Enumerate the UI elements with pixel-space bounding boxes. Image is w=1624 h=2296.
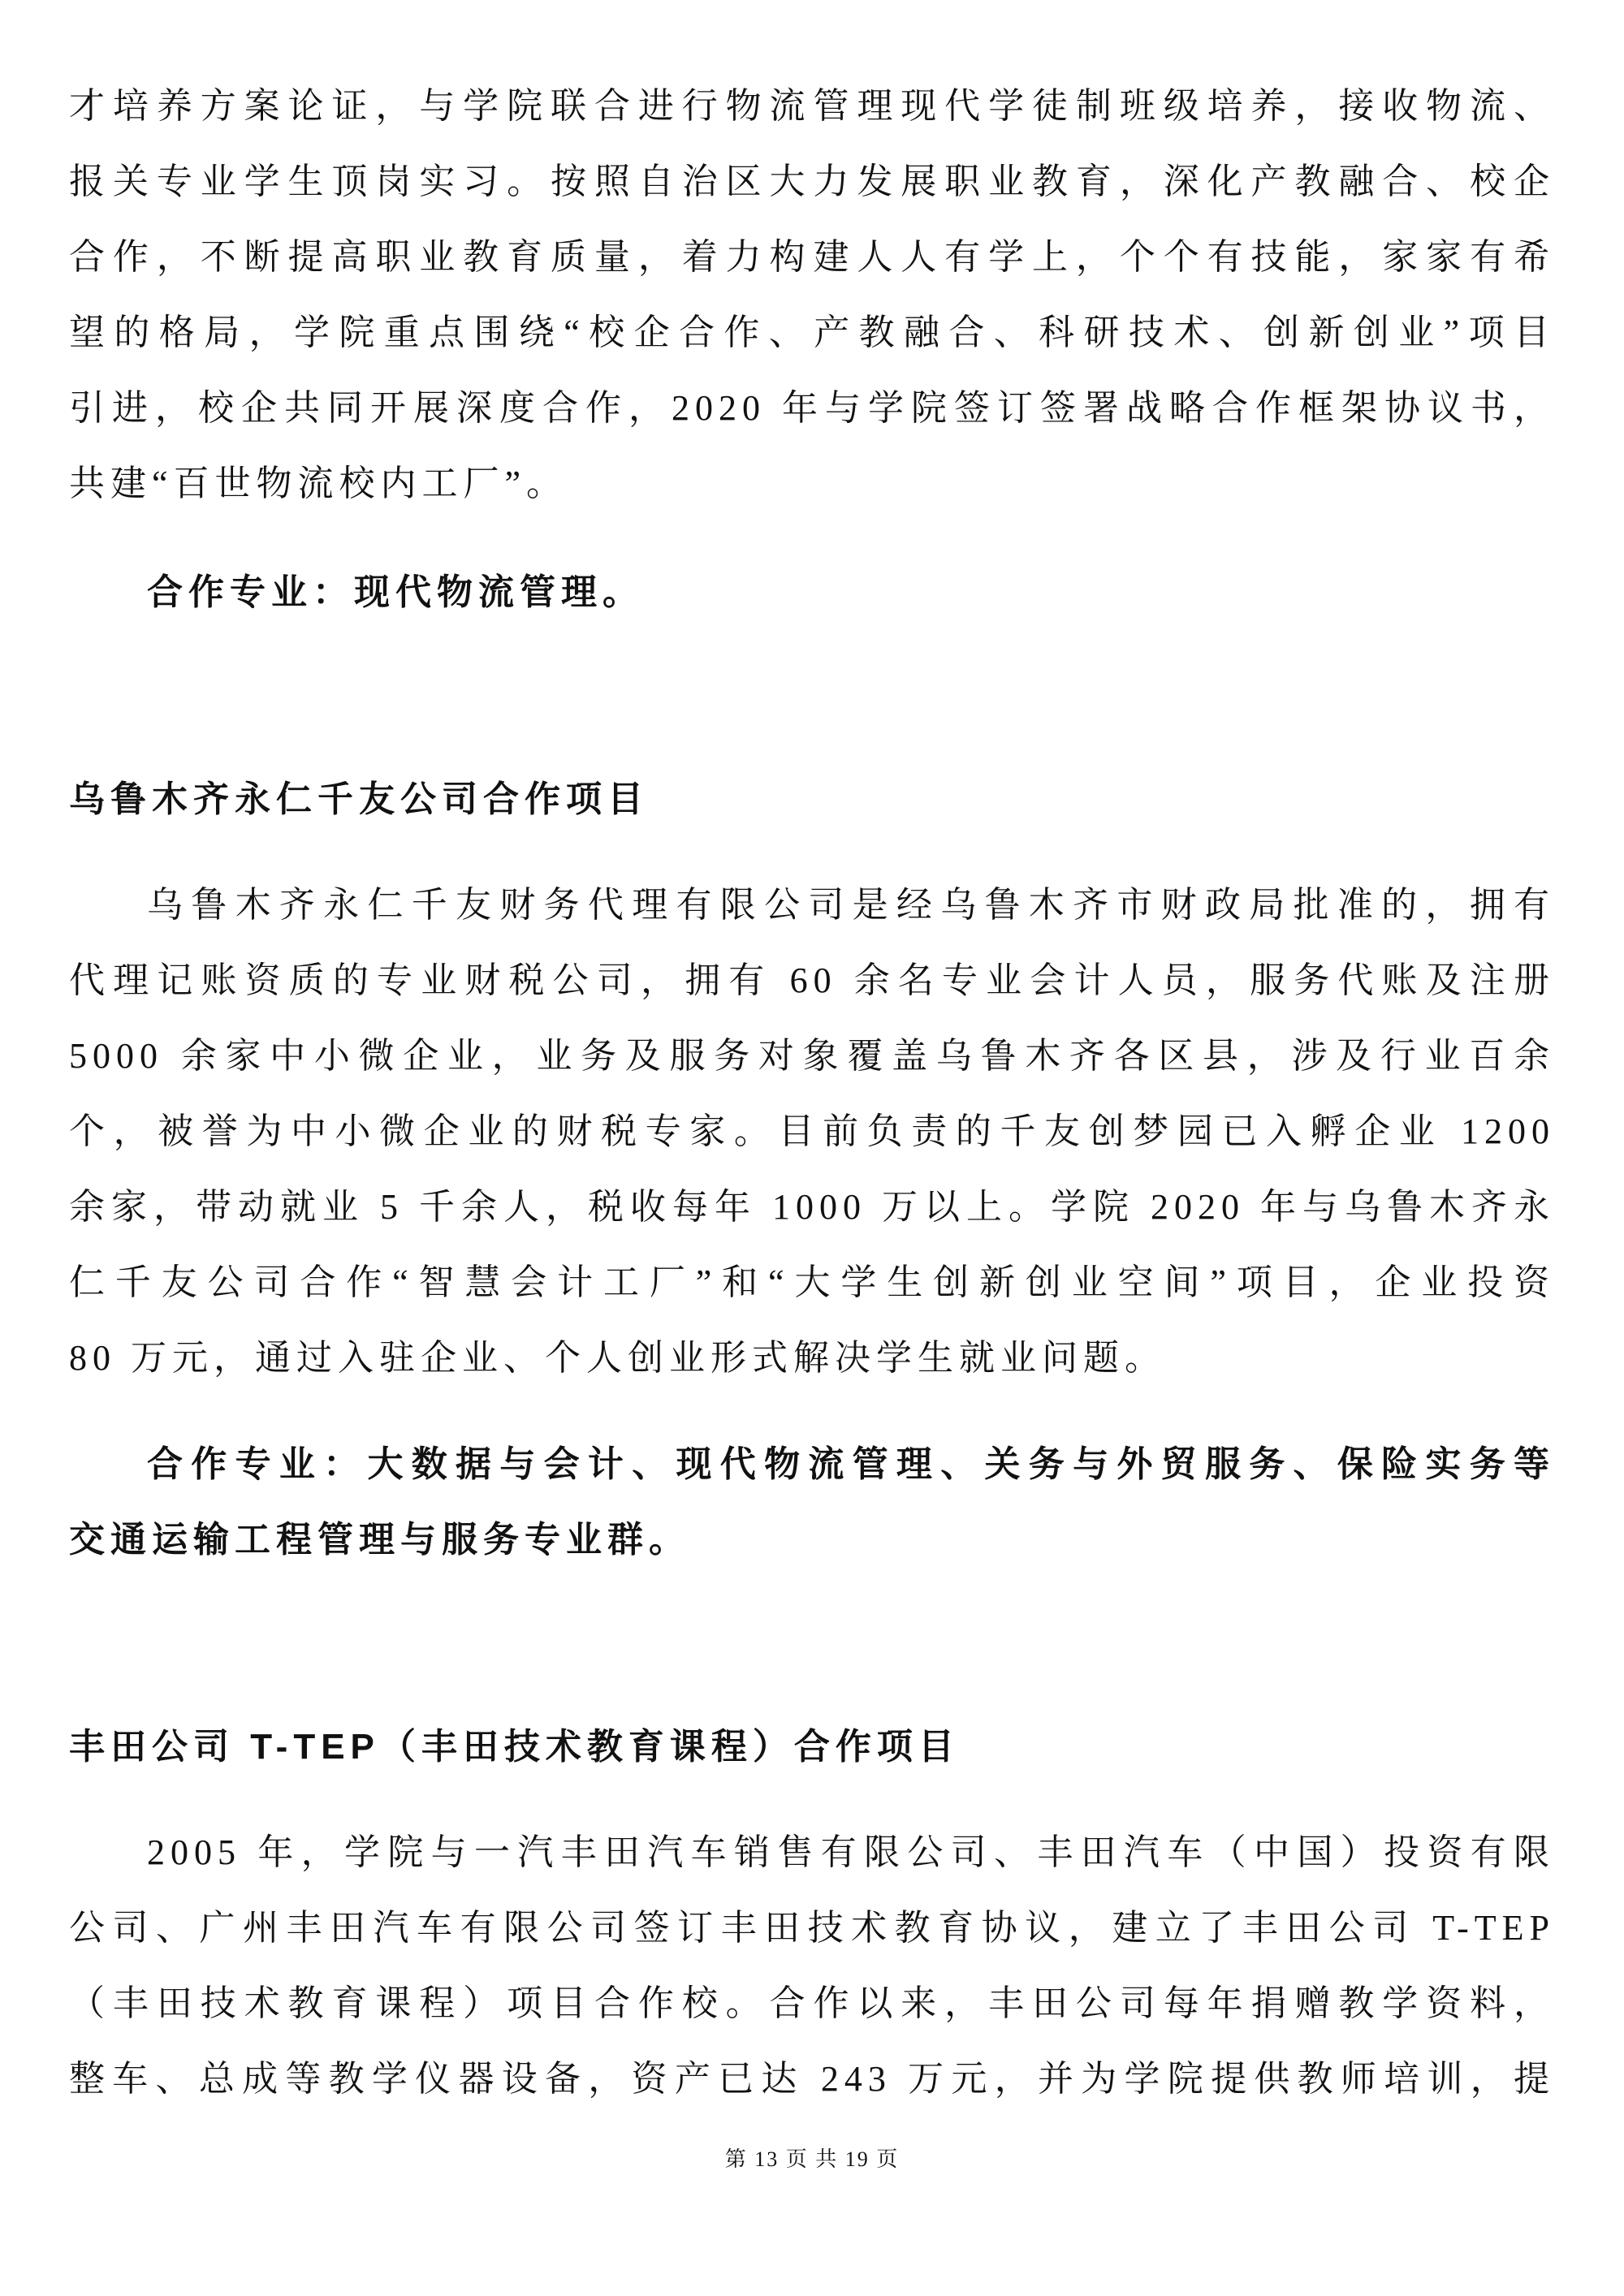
paragraph-3: 2005 年，学院与一汽丰田汽车销售有限公司、丰田汽车（中国）投资有限 公司、广… xyxy=(69,1815,1555,2117)
text-line: 共建“百世物流校内工厂”。 xyxy=(69,446,1555,521)
section-heading-toyota-ttep: 丰田公司 T-TEP（丰田技术教育课程）合作项目 xyxy=(69,1709,1555,1785)
text-line: 报关专业学生顶岗实习。按照自治区大力发展职业教育，深化产教融合、校企 xyxy=(69,144,1555,219)
text-line: 引进，校企共同开展深度合作，2020 年与学院签订签署战略合作框架协议书， xyxy=(69,370,1555,446)
document-page: 才培养方案论证，与学院联合进行物流管理现代学徒制班级培养，接收物流、 报关专业学… xyxy=(0,0,1624,2296)
text-line: 合作专业：现代物流管理。 xyxy=(69,555,1555,630)
page-number-footer: 第 13 页 共 19 页 xyxy=(0,2143,1624,2176)
text-line: 仁千友公司合作“智慧会计工厂”和“大学生创新创业空间”项目，企业投资 xyxy=(69,1245,1555,1320)
section-heading-yongren-qianyou: 乌鲁木齐永仁千友公司合作项目 xyxy=(69,762,1555,837)
text-line: 合作专业：大数据与会计、现代物流管理、关务与外贸服务、保险实务等 xyxy=(69,1426,1555,1502)
text-line: 公司、广州丰田汽车有限公司签订丰田技术教育协议，建立了丰田公司 T-TEP xyxy=(69,1890,1555,1966)
text-line: 合作，不断提高职业教育质量，着力构建人人有学上，个个有技能，家家有希 xyxy=(69,219,1555,295)
text-line: 交通运输工程管理与服务专业群。 xyxy=(69,1502,1555,1577)
text-line: 80 万元，通过入驻企业、个人创业形式解决学生就业问题。 xyxy=(69,1320,1555,1396)
text-line: 代理记账资质的专业财税公司，拥有 60 余名专业会计人员，服务代账及注册 xyxy=(69,943,1555,1018)
highlight-majors-2: 合作专业：大数据与会计、现代物流管理、关务与外贸服务、保险实务等 交通运输工程管… xyxy=(69,1426,1555,1577)
paragraph-2: 乌鲁木齐永仁千友财务代理有限公司是经乌鲁木齐市财政局批准的，拥有 代理记账资质的… xyxy=(69,867,1555,1396)
paragraph-1: 才培养方案论证，与学院联合进行物流管理现代学徒制班级培养，接收物流、 报关专业学… xyxy=(69,68,1555,521)
text-line: （丰田技术教育课程）项目合作校。合作以来，丰田公司每年捐赠教学资料， xyxy=(69,1966,1555,2041)
text-line: 望的格局，学院重点围绕“校企合作、产教融合、科研技术、创新创业”项目 xyxy=(69,295,1555,370)
text-line: 整车、总成等教学仪器设备，资产已达 243 万元，并为学院提供教师培训，提 xyxy=(69,2041,1555,2117)
text-line: 2005 年，学院与一汽丰田汽车销售有限公司、丰田汽车（中国）投资有限 xyxy=(69,1815,1555,1890)
heading-text: 丰田公司 T-TEP（丰田技术教育课程）合作项目 xyxy=(69,1709,1555,1785)
highlight-majors-1: 合作专业：现代物流管理。 xyxy=(69,555,1555,630)
heading-text: 乌鲁木齐永仁千友公司合作项目 xyxy=(69,762,1555,837)
text-line: 才培养方案论证，与学院联合进行物流管理现代学徒制班级培养，接收物流、 xyxy=(69,68,1555,144)
text-line: 个，被誉为中小微企业的财税专家。目前负责的千友创梦园已入孵企业 1200 xyxy=(69,1094,1555,1169)
text-line: 乌鲁木齐永仁千友财务代理有限公司是经乌鲁木齐市财政局批准的，拥有 xyxy=(69,867,1555,943)
text-line: 余家，带动就业 5 千余人，税收每年 1000 万以上。学院 2020 年与乌鲁… xyxy=(69,1169,1555,1245)
text-line: 5000 余家中小微企业，业务及服务对象覆盖乌鲁木齐各区县，涉及行业百余 xyxy=(69,1018,1555,1094)
